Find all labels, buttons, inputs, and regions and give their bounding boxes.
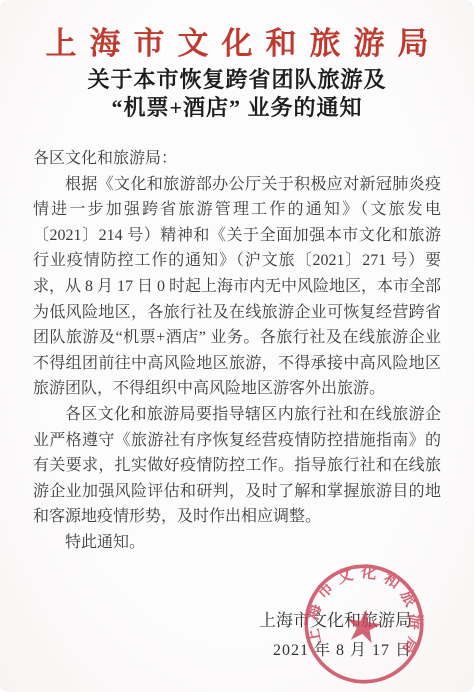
signature-date: 2021 年 8 月 17 日	[259, 636, 412, 666]
document-title-line1: 关于本市恢复跨省团队旅游及	[0, 66, 474, 94]
document-title: 关于本市恢复跨省团队旅游及 “机票+酒店” 业务的通知	[0, 66, 474, 122]
body-paragraph-1: 根据《文化和旅游部办公厅关于积极应对新冠肺炎疫情进一步加强跨省旅游管理工作的通知…	[33, 172, 441, 402]
body-paragraph-3: 特此通知。	[33, 530, 441, 556]
salutation: 各区文化和旅游局：	[33, 146, 441, 172]
document-title-line2: “机票+酒店” 业务的通知	[0, 94, 474, 122]
body-paragraph-2: 各区文化和旅游局要指导辖区内旅行社和在线旅游企业严格遵守《旅游社有序恢复经营疫情…	[33, 402, 441, 530]
signature-org: 上海市文化和旅游局	[259, 606, 412, 636]
signature-block: 上海市文化和旅游局 2021 年 8 月 17 日	[259, 606, 412, 666]
notice-document: 上海市文化和旅游局 关于本市恢复跨省团队旅游及 “机票+酒店” 业务的通知 各区…	[0, 0, 474, 692]
document-body: 各区文化和旅游局： 根据《文化和旅游部办公厅关于积极应对新冠肺炎疫情进一步加强跨…	[33, 146, 441, 556]
issuing-authority-name: 上海市文化和旅游局	[0, 18, 474, 63]
